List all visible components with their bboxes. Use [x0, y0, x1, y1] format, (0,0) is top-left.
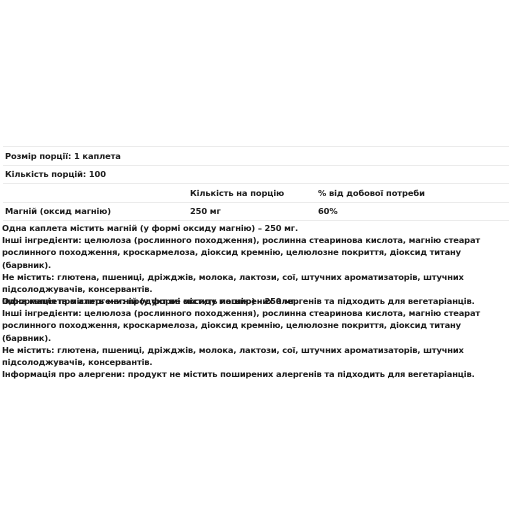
composition-text: Одна каплета містить магній (у формі окс… [2, 295, 510, 307]
composition-text: Одна каплета містить магній (у формі окс… [2, 222, 510, 234]
nutrient-name: Магній (оксид магнію) [3, 202, 188, 221]
nutrient-amount: 250 мг [188, 202, 316, 221]
header-amount: Кількість на порцію [188, 184, 316, 203]
free-from-text: Не містить: глютена, пшениці, дріжджів, … [2, 271, 510, 295]
servings-per-container-row: Кількість порцій: 100 [3, 165, 509, 184]
table-header-row: Кількість на порцію % від добової потреб… [3, 184, 509, 203]
table-row: Магній (оксид магнію) 250 мг 60% [3, 202, 509, 221]
allergens-text: Інформація про алергени: продукт не міст… [2, 368, 510, 380]
other-ingredients-text: Інші інгредієнти: целюлоза (рослинного п… [2, 307, 510, 344]
supplement-facts-table: Розмір порції: 1 каплета Кількість порці… [3, 146, 509, 221]
description-block: Одна каплета містить магній (у формі окс… [2, 295, 510, 380]
nutrient-daily-value: 60% [316, 202, 509, 221]
header-daily-value: % від добової потреби [316, 184, 509, 203]
serving-size-row: Розмір порції: 1 каплета [3, 147, 509, 166]
other-ingredients-text: Інші інгредієнти: целюлоза (рослинного п… [2, 234, 510, 271]
header-nutrient [3, 184, 188, 203]
free-from-text: Не містить: глютена, пшениці, дріжджів, … [2, 344, 510, 368]
servings-per-container: Кількість порцій: 100 [3, 165, 509, 184]
serving-size: Розмір порції: 1 каплета [3, 147, 509, 166]
